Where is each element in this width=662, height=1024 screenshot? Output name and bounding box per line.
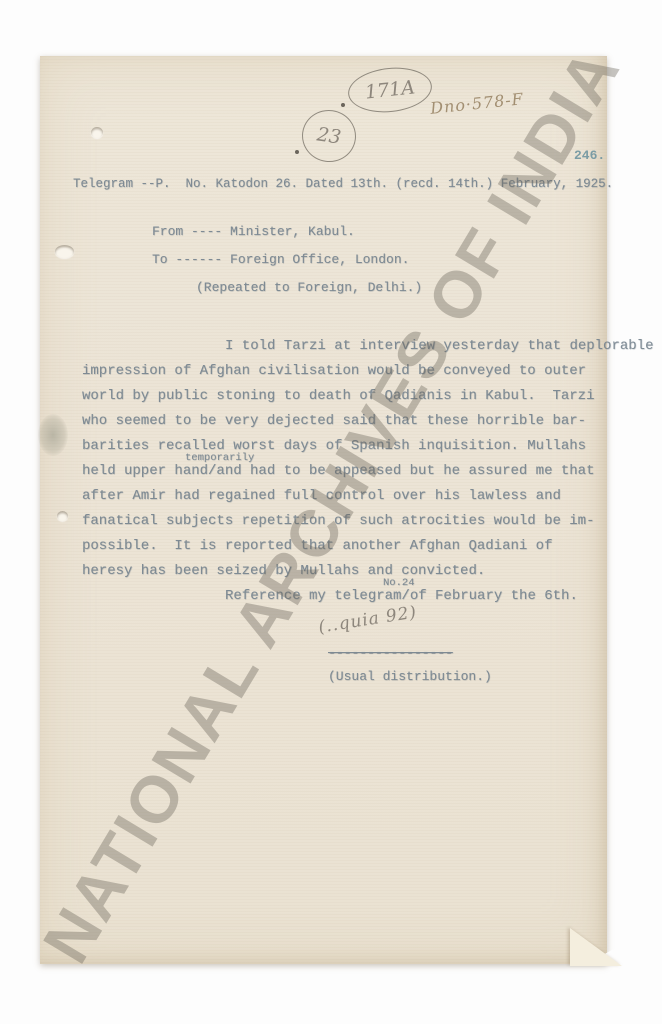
telegram-header-line: Telegram --P. No. Katodon 26. Dated 13th… (73, 177, 613, 191)
repeated-line: (Repeated to Foreign, Delhi.) (196, 280, 422, 295)
body-line: fanatical subjects repetition of such at… (82, 513, 594, 529)
scanned-document-page: 171A 23 Dno·578-F 246. Telegram --P. No.… (0, 0, 662, 1024)
body-line: after Amir had regained full control ove… (82, 488, 561, 504)
to-line: To ------ Foreign Office, London. (152, 252, 409, 267)
document-paper (40, 56, 607, 964)
paper-hole (91, 127, 103, 138)
oval-annotation-text: 171A (364, 76, 416, 103)
body-line: Reference my telegram/of February the 6t… (225, 588, 578, 604)
separator-dashes: ---------------- (328, 645, 453, 660)
paper-stain (38, 414, 68, 456)
body-line: world by public stoning to death of Qadi… (82, 388, 594, 404)
body-line: possible. It is reported that another Af… (82, 538, 552, 554)
body-line: heresy has been seized by Mullahs and co… (82, 563, 485, 579)
body-line: barities recalled worst days of Spanish … (82, 438, 586, 454)
from-line: From ---- Minister, Kabul. (152, 224, 355, 239)
distribution-line: (Usual distribution.) (328, 669, 492, 684)
ink-speck (295, 150, 299, 154)
body-line: who seemed to be very dejected said that… (82, 413, 586, 429)
body-line: impression of Afghan civilisation would … (82, 363, 586, 379)
body-line: held upper hand/and had to be appeased b… (82, 463, 594, 479)
paper-hole (57, 511, 68, 521)
paper-hole (55, 245, 74, 258)
ink-speck (341, 103, 345, 107)
circle-annotation-text: 23 (315, 123, 342, 148)
body-line: I told Tarzi at interview yesterday that… (225, 338, 653, 354)
folded-corner-flap (570, 928, 622, 966)
page-number: 246. (574, 148, 605, 163)
